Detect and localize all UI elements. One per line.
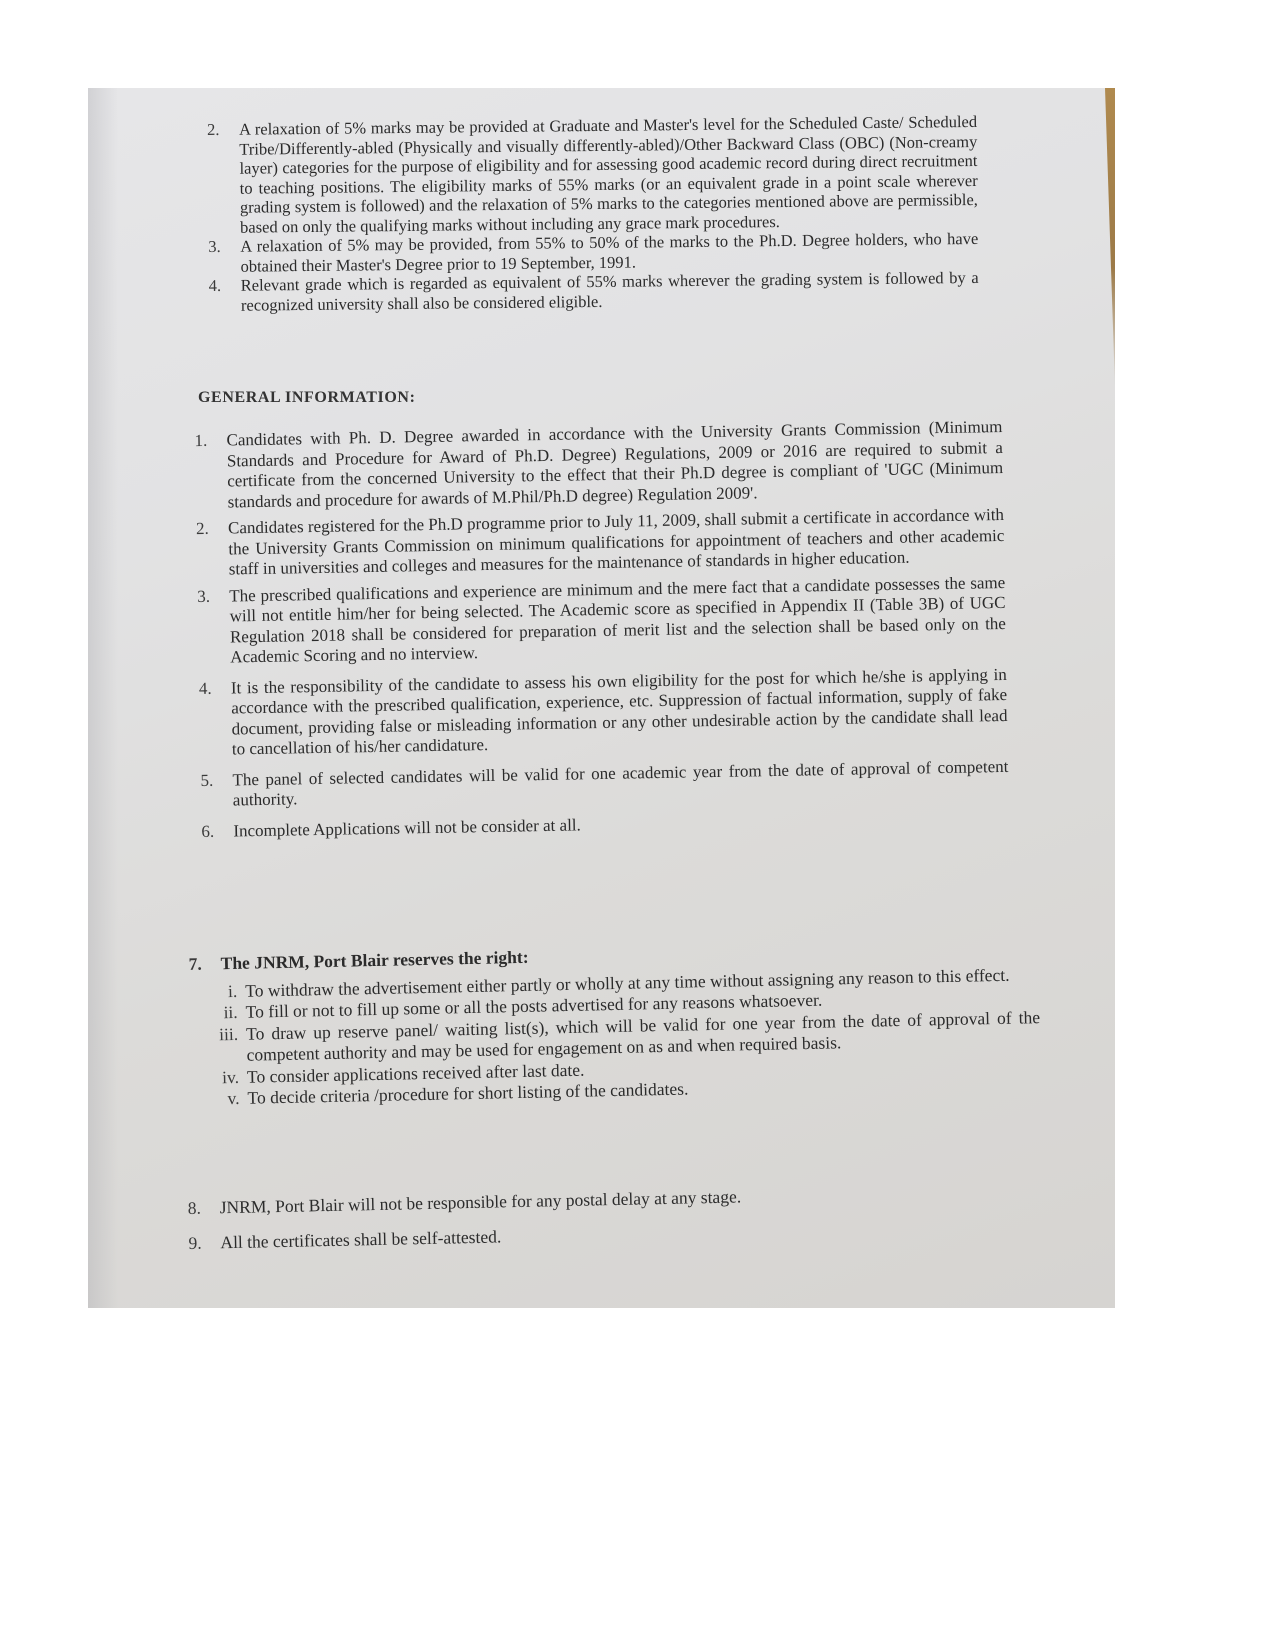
eligibility-note: 4. Relevant grade which is regarded as e… bbox=[209, 268, 979, 315]
item-text: The prescribed qualifications and experi… bbox=[229, 572, 1006, 668]
item-text: Incomplete Applications will not be cons… bbox=[233, 807, 1009, 841]
list-item: 8. JNRM, Port Blair will not be responsi… bbox=[187, 1182, 947, 1219]
subitem-number: i. bbox=[211, 980, 245, 1002]
item-text: The panel of selected candidates will be… bbox=[232, 756, 1009, 811]
list-item: 6. Incomplete Applications will not be c… bbox=[201, 807, 1009, 842]
item-number: 4. bbox=[199, 678, 232, 761]
item-number: 6. bbox=[201, 821, 233, 842]
item-text: It is the responsibility of the candidat… bbox=[231, 664, 1008, 760]
item-number: 2. bbox=[196, 519, 229, 581]
subitem-list: i. To withdraw the advertisement either … bbox=[189, 964, 1042, 1111]
list-item: 9. All the certificates shall be self-at… bbox=[188, 1217, 948, 1254]
section-heading: GENERAL INFORMATION: bbox=[198, 388, 416, 408]
subitem-number: ii. bbox=[211, 1002, 245, 1024]
list-item: 1. Candidates with Ph. D. Degree awarded… bbox=[194, 417, 1003, 513]
reserves-right-list: 7. The JNRM, Port Blair reserves the rig… bbox=[188, 936, 1041, 1110]
item-number: 3. bbox=[208, 237, 240, 276]
list-item: 5. The panel of selected candidates will… bbox=[200, 756, 1009, 811]
eligibility-notes: 2. A relaxation of 5% marks may be provi… bbox=[207, 112, 979, 315]
item-number: 3. bbox=[197, 586, 230, 669]
item-number: 1. bbox=[194, 431, 227, 514]
final-items: 8. JNRM, Port Blair will not be responsi… bbox=[187, 1182, 948, 1254]
item-number: 7. bbox=[188, 953, 220, 975]
general-information-list: 1. Candidates with Ph. D. Degree awarded… bbox=[194, 417, 1009, 852]
list-item: 3. The prescribed qualifications and exp… bbox=[197, 572, 1006, 668]
item-text: A relaxation of 5% marks may be provided… bbox=[239, 112, 978, 237]
item-text: JNRM, Port Blair will not be responsible… bbox=[219, 1182, 947, 1218]
subitem-number: iv. bbox=[213, 1066, 247, 1088]
eligibility-note: 2. A relaxation of 5% marks may be provi… bbox=[207, 112, 978, 237]
item-text: Candidates with Ph. D. Degree awarded in… bbox=[226, 417, 1003, 513]
list-item: 4. It is the responsibility of the candi… bbox=[199, 664, 1008, 760]
document-page: 2. A relaxation of 5% marks may be provi… bbox=[0, 0, 1275, 1651]
item-text: All the certificates shall be self-attes… bbox=[220, 1217, 948, 1253]
item-text: Relevant grade which is regarded as equi… bbox=[241, 268, 979, 315]
item-number: 5. bbox=[200, 770, 233, 812]
subitem-number: v. bbox=[213, 1088, 247, 1110]
list-item: 2. Candidates registered for the Ph.D pr… bbox=[196, 505, 1005, 581]
item-number: 2. bbox=[207, 120, 240, 237]
item-number: 9. bbox=[188, 1232, 220, 1254]
item-number: 8. bbox=[187, 1197, 219, 1219]
item-number: 4. bbox=[209, 276, 241, 315]
subitem-number: iii. bbox=[212, 1023, 247, 1067]
item-text: Candidates registered for the Ph.D progr… bbox=[228, 505, 1005, 580]
